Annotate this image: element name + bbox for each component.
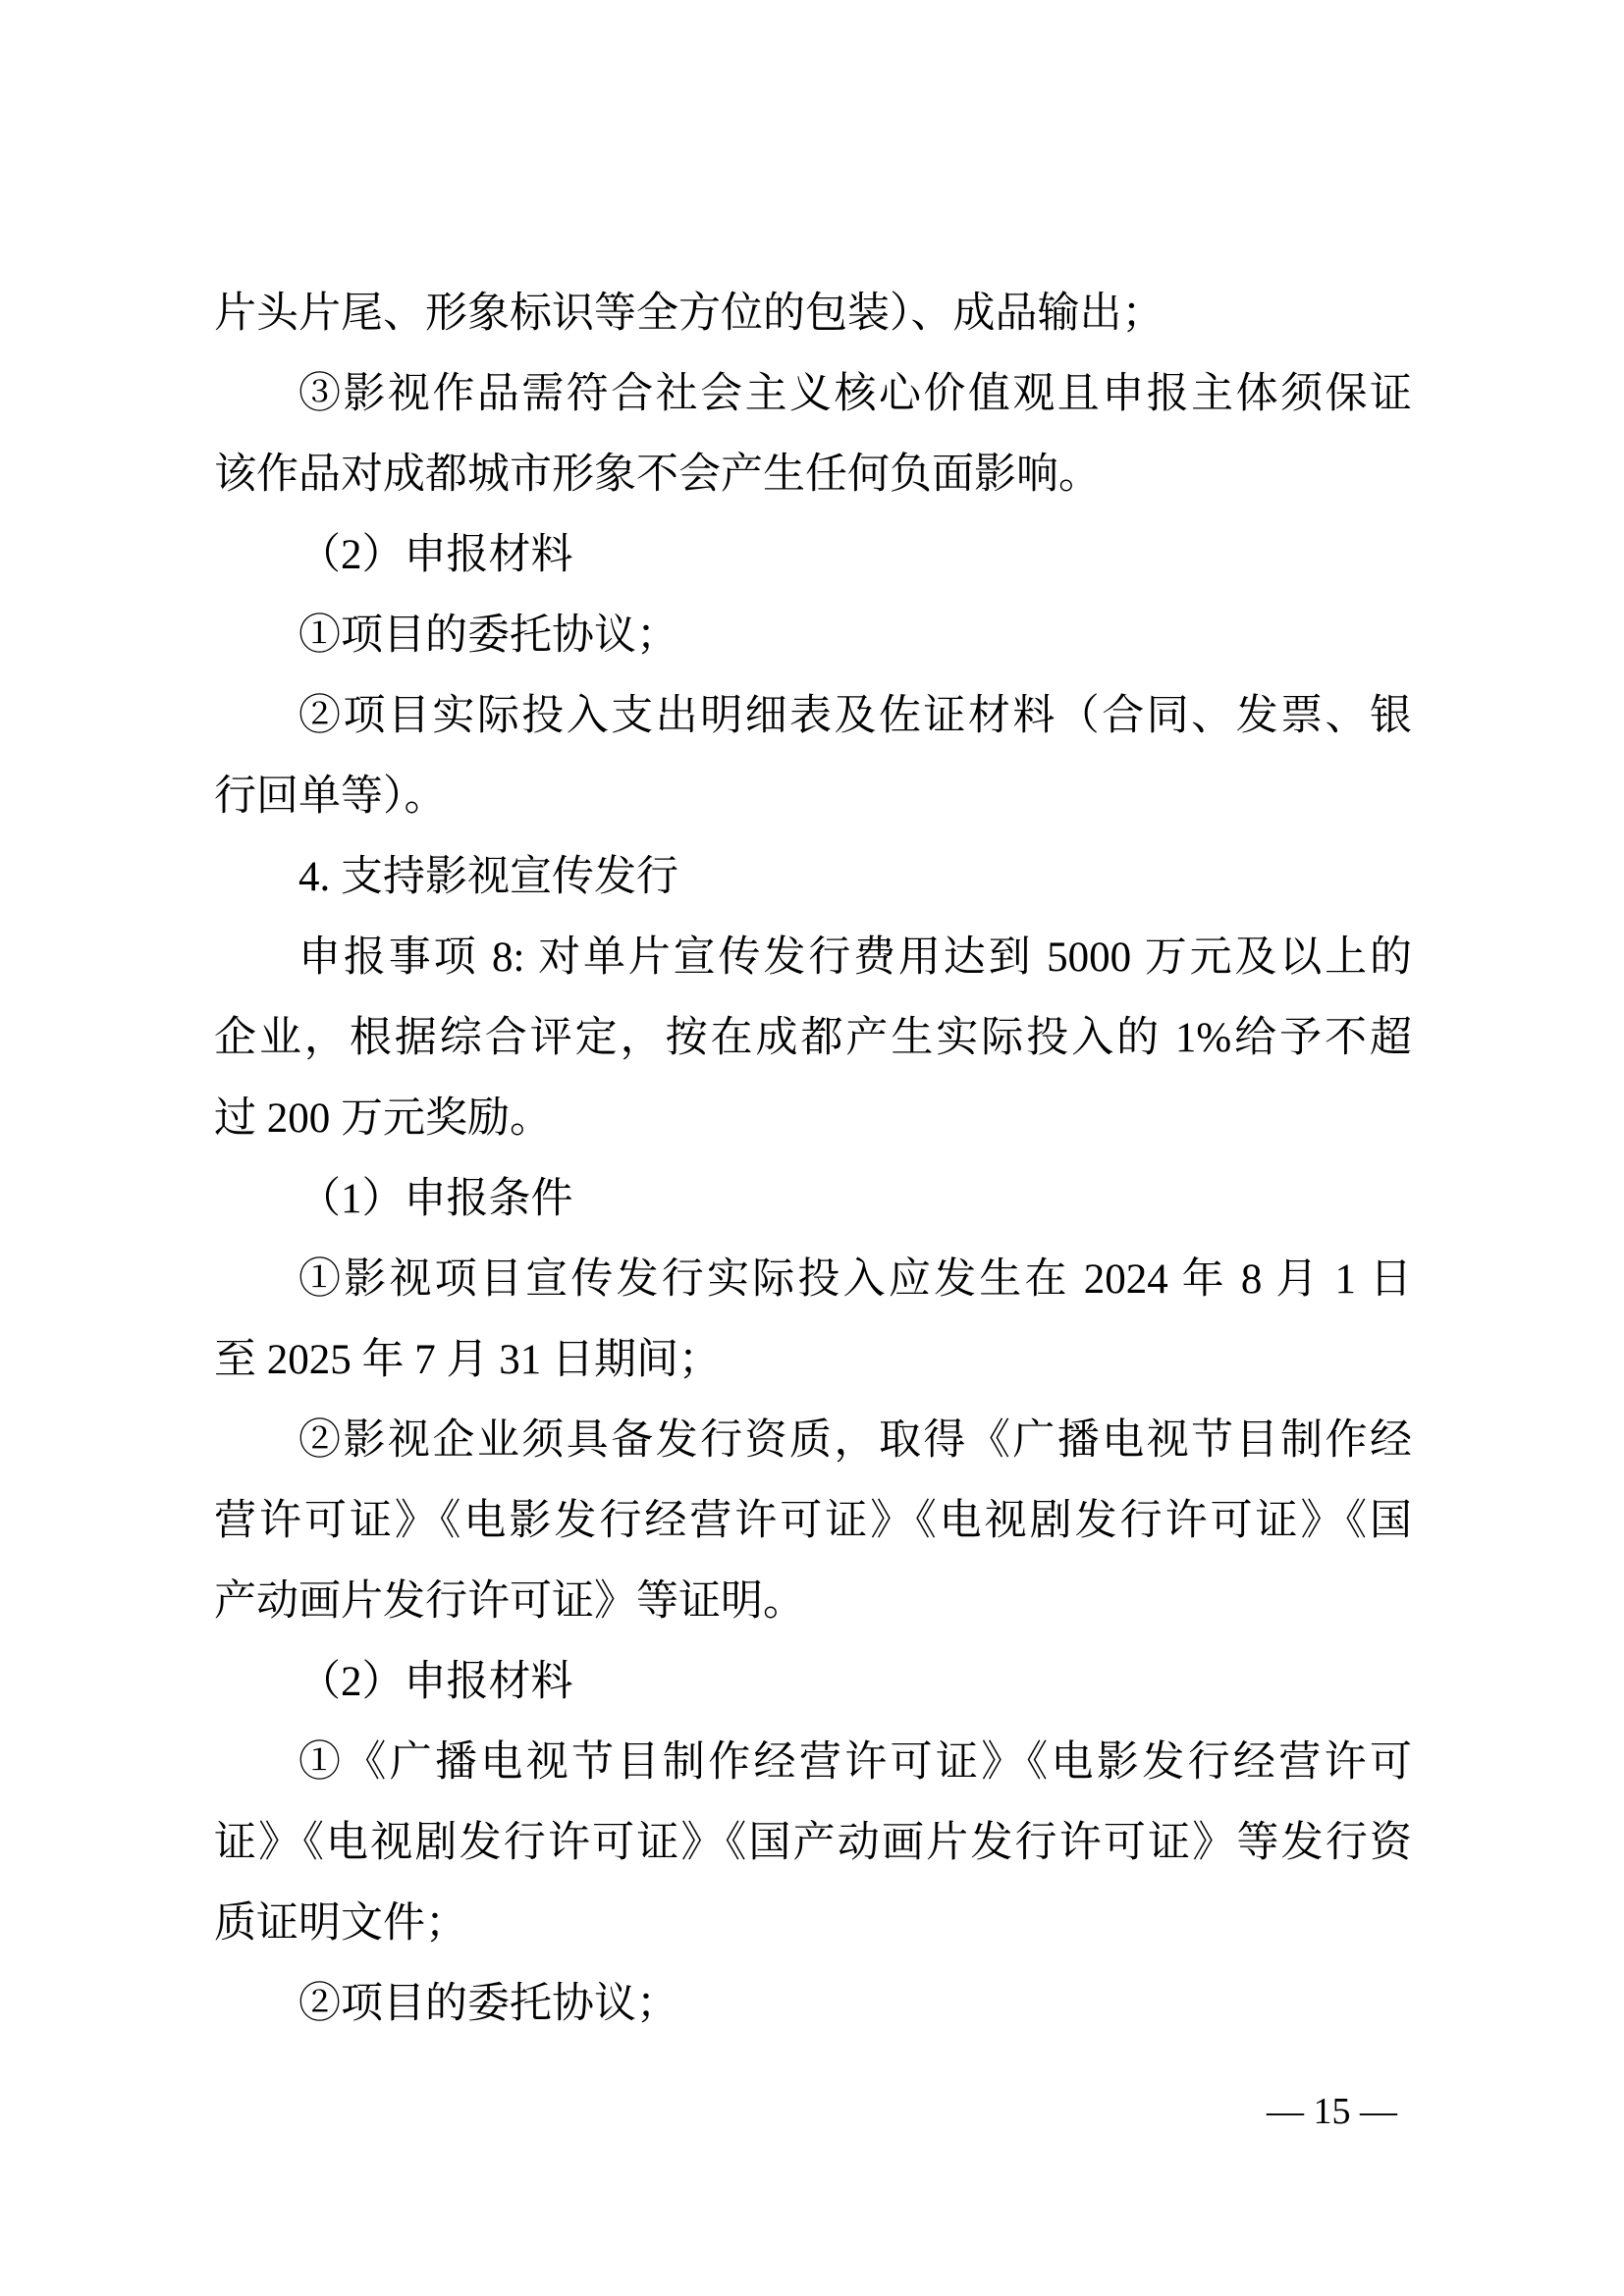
text-line: 企业，根据综合评定，按在成都产生实际投入的 1%给予不超 bbox=[214, 998, 1412, 1079]
text-line: （2）申报材料 bbox=[214, 1642, 1412, 1723]
text-line: ②影视企业须具备发行资质，取得《广播电视节目制作经 bbox=[214, 1401, 1412, 1481]
text-line: 申报事项 8: 对单片宣传发行费用达到 5000 万元及以上的 bbox=[214, 918, 1412, 998]
document-text-block: 片头片尾、形象标识等全方位的包装）、成品输出； ③影视作品需符合社会主义核心价值… bbox=[214, 274, 1412, 2045]
text-line: 行回单等）。 bbox=[214, 757, 1412, 837]
text-line: 营许可证》《电影发行经营许可证》《电视剧发行许可证》《国 bbox=[214, 1481, 1412, 1562]
text-line: ②项目实际投入支出明细表及佐证材料（合同、发票、银 bbox=[214, 676, 1412, 757]
text-line: 证》《电视剧发行许可证》《国产动画片发行许可证》等发行资 bbox=[214, 1803, 1412, 1884]
text-line: 产动画片发行许可证》等证明。 bbox=[214, 1562, 1412, 1642]
text-line: ①影视项目宣传发行实际投入应发生在 2024 年 8 月 1 日 bbox=[214, 1240, 1412, 1320]
text-line: 过 200 万元奖励。 bbox=[214, 1079, 1412, 1159]
text-line: ①项目的委托协议； bbox=[214, 596, 1412, 676]
text-line: 至 2025 年 7 月 31 日期间； bbox=[214, 1320, 1412, 1401]
text-line: （2）申报材料 bbox=[214, 515, 1412, 596]
section-heading: 4. 支持影视宣传发行 bbox=[214, 837, 1412, 918]
text-line: ①《广播电视节目制作经营许可证》《电影发行经营许可 bbox=[214, 1723, 1412, 1803]
text-line: 该作品对成都城市形象不会产生任何负面影响。 bbox=[214, 435, 1412, 515]
page-number: — 15 — bbox=[1267, 2087, 1397, 2136]
text-line: ②项目的委托协议； bbox=[214, 1964, 1412, 2045]
text-line: 质证明文件； bbox=[214, 1884, 1412, 1964]
text-line: （1）申报条件 bbox=[214, 1159, 1412, 1240]
text-line: 片头片尾、形象标识等全方位的包装）、成品输出； bbox=[214, 274, 1412, 354]
text-line: ③影视作品需符合社会主义核心价值观且申报主体须保证 bbox=[214, 354, 1412, 435]
document-page: 片头片尾、形象标识等全方位的包装）、成品输出； ③影视作品需符合社会主义核心价值… bbox=[0, 0, 1624, 2296]
